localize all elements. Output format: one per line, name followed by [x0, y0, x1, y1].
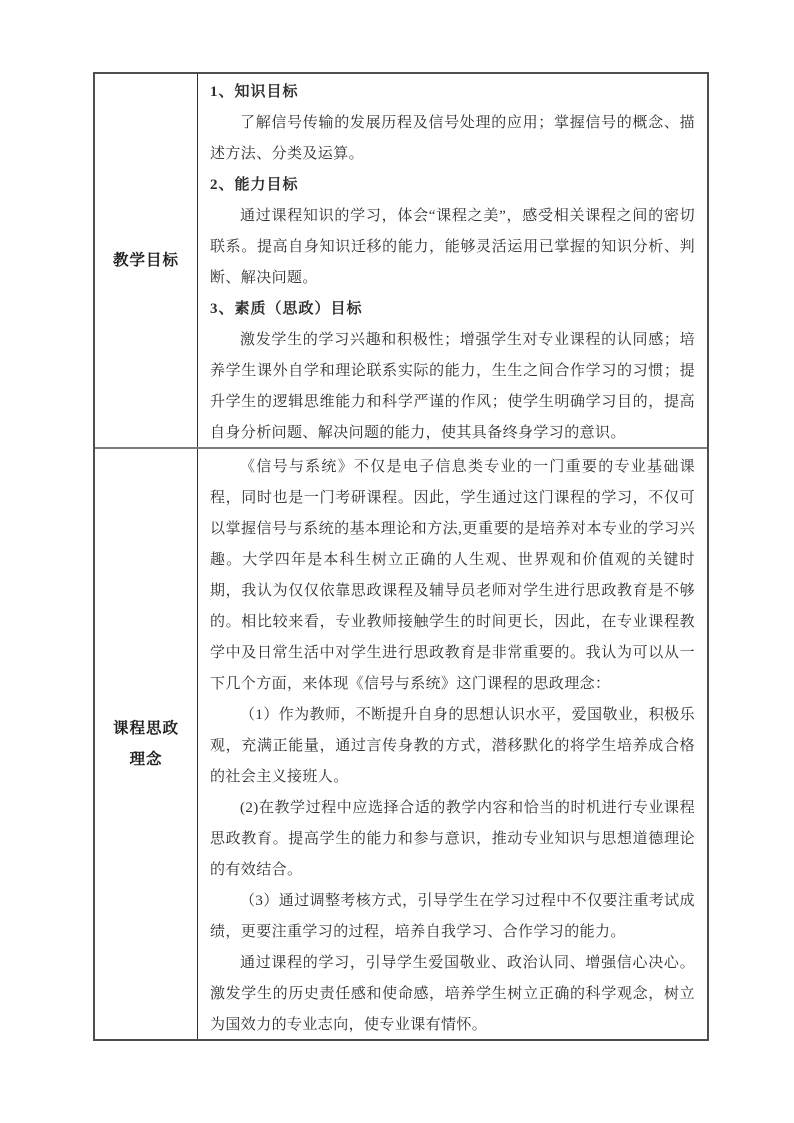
row-header-label-line-1: 课程思政: [113, 713, 179, 744]
row-header-cell-ideological-concept: 课程思政 理念: [95, 449, 198, 1039]
concept-paragraph-intro: 《信号与系统》不仅是电子信息类专业的一门重要的专业基础课程，同时也是一门考研课程…: [210, 452, 695, 700]
row-header-label: 教学目标: [113, 245, 179, 276]
row-header-cell-teaching-objectives: 教学目标: [95, 74, 198, 447]
row-header-label-line-2: 理念: [129, 744, 162, 775]
objective-heading-knowledge: 1、知识目标: [210, 77, 695, 108]
table-row-teaching-objectives: 教学目标 1、知识目标 了解信号传输的发展历程及信号处理的应用；掌握信号的概念、…: [95, 74, 707, 447]
objective-heading-ability: 2、能力目标: [210, 170, 695, 201]
objective-body-knowledge: 了解信号传输的发展历程及信号处理的应用；掌握信号的概念、描述方法、分类及运算。: [210, 108, 695, 170]
objective-body-quality: 激发学生的学习兴趣和积极性；增强学生对专业课程的认同感；培养学生课外自学和理论联…: [210, 325, 695, 447]
course-outline-table: 教学目标 1、知识目标 了解信号传输的发展历程及信号处理的应用；掌握信号的概念、…: [93, 72, 709, 1041]
concept-paragraph-point-2: (2)在教学过程中应选择合适的教学内容和恰当的时机进行专业课程思政教育。提高学生…: [210, 793, 695, 886]
table-row-ideological-concept: 课程思政 理念 《信号与系统》不仅是电子信息类专业的一门重要的专业基础课程，同时…: [95, 447, 707, 1039]
document-page: 教学目标 1、知识目标 了解信号传输的发展历程及信号处理的应用；掌握信号的概念、…: [0, 0, 794, 1123]
objective-heading-quality: 3、素质（思政）目标: [210, 294, 695, 325]
concept-paragraph-point-1: （1）作为教师，不断提升自身的思想认识水平，爱国敬业，积极乐观，充满正能量，通过…: [210, 700, 695, 793]
concept-paragraph-closing: 通过课程的学习，引导学生爱国敬业、政治认同、增强信心决心。激发学生的历史责任感和…: [210, 948, 695, 1039]
row-content-cell-teaching-objectives: 1、知识目标 了解信号传输的发展历程及信号处理的应用；掌握信号的概念、描述方法、…: [198, 74, 707, 447]
concept-paragraph-point-3: （3）通过调整考核方式，引导学生在学习过程中不仅要注重考试成绩，更要注重学习的过…: [210, 886, 695, 948]
objective-body-ability: 通过课程知识的学习，体会“课程之美”，感受相关课程之间的密切联系。提高自身知识迁…: [210, 201, 695, 294]
row-content-cell-ideological-concept: 《信号与系统》不仅是电子信息类专业的一门重要的专业基础课程，同时也是一门考研课程…: [198, 449, 707, 1039]
